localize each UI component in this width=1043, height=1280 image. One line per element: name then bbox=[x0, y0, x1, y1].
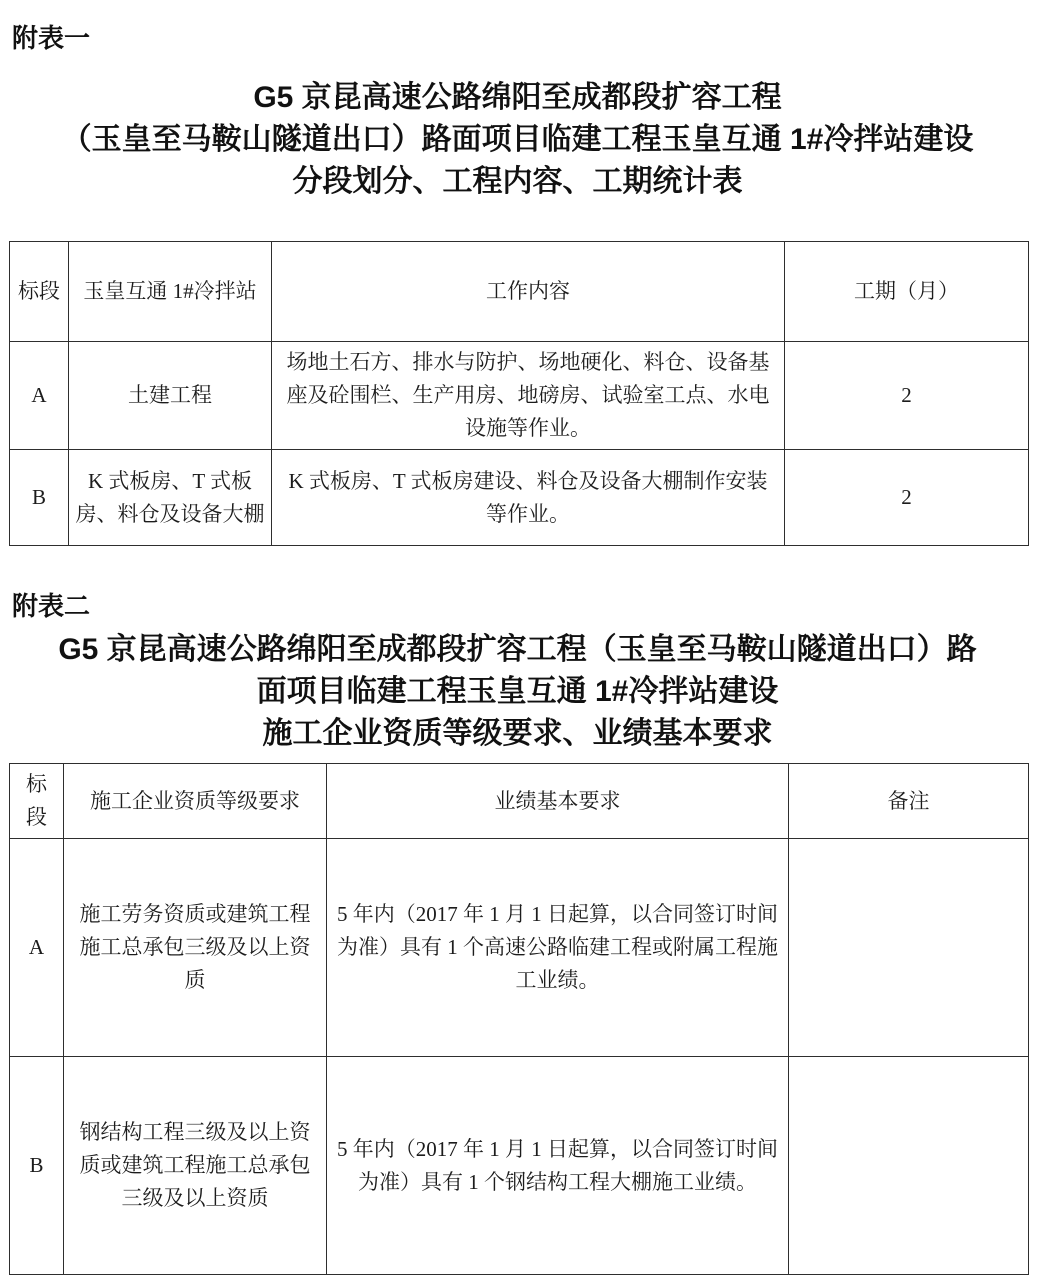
appendix2-title: G5 京昆高速公路绵阳至成都段扩容工程（玉皇至马鞍山隧道出口）路 面项目临建工程… bbox=[8, 629, 1027, 755]
appendix2-rowB-qualification: 钢结构工程三级及以上资质或建筑工程施工总承包三级及以上资质 bbox=[64, 1057, 327, 1275]
appendix2-header-section: 标段 bbox=[10, 764, 64, 839]
appendix2-rowA-qualification: 施工劳务资质或建筑工程施工总承包三级及以上资质 bbox=[64, 839, 327, 1057]
appendix1-title-line3: 分段划分、工程内容、工期统计表 bbox=[8, 161, 1027, 203]
appendix2-rowA-performance: 5 年内（2017 年 1 月 1 日起算，以合同签订时间为准）具有 1 个高速… bbox=[327, 839, 789, 1057]
appendix1-rowA-content: 场地土石方、排水与防护、场地硬化、料仓、设备基座及砼围栏、生产用房、地磅房、试验… bbox=[272, 342, 785, 450]
appendix1-rowB-duration: 2 bbox=[785, 450, 1029, 546]
appendix2-rowA-remark bbox=[789, 839, 1029, 1057]
appendix1-rowB-station: K 式板房、T 式板房、料仓及设备大棚 bbox=[69, 450, 272, 546]
appendix2-rowB-remark bbox=[789, 1057, 1029, 1275]
appendix2-title-line3: 施工企业资质等级要求、业绩基本要求 bbox=[8, 713, 1027, 755]
table-row: B 钢结构工程三级及以上资质或建筑工程施工总承包三级及以上资质 5 年内（201… bbox=[10, 1057, 1029, 1275]
appendix1-title-line2: （玉皇至马鞍山隧道出口）路面项目临建工程玉皇互通 1#冷拌站建设 bbox=[8, 119, 1027, 161]
appendix2-header-performance: 业绩基本要求 bbox=[327, 764, 789, 839]
appendix1-rowB-content: K 式板房、T 式板房建设、料仓及设备大棚制作安装等作业。 bbox=[272, 450, 785, 546]
appendix1-header-section: 标段 bbox=[10, 242, 69, 342]
appendix2-table: 标段 施工企业资质等级要求 业绩基本要求 备注 A 施工劳务资质或建筑工程施工总… bbox=[9, 763, 1029, 1275]
appendix1-rowA-section: A bbox=[10, 342, 69, 450]
appendix2-label: 附表二 bbox=[12, 586, 1027, 623]
appendix2-rowB-section: B bbox=[10, 1057, 64, 1275]
appendix1-table: 标段 玉皇互通 1#冷拌站 工作内容 工期（月） A 土建工程 场地土石方、排水… bbox=[9, 241, 1029, 546]
table-row: B K 式板房、T 式板房、料仓及设备大棚 K 式板房、T 式板房建设、料仓及设… bbox=[10, 450, 1029, 546]
appendix2-header-qualification: 施工企业资质等级要求 bbox=[64, 764, 327, 839]
appendix2-table-header-row: 标段 施工企业资质等级要求 业绩基本要求 备注 bbox=[10, 764, 1029, 839]
appendix1-rowB-section: B bbox=[10, 450, 69, 546]
appendix2-rowB-performance: 5 年内（2017 年 1 月 1 日起算，以合同签订时间为准）具有 1 个钢结… bbox=[327, 1057, 789, 1275]
appendix1-header-content: 工作内容 bbox=[272, 242, 785, 342]
document-page: 附表一 G5 京昆高速公路绵阳至成都段扩容工程 （玉皇至马鞍山隧道出口）路面项目… bbox=[0, 0, 1043, 1275]
appendix1-table-header-row: 标段 玉皇互通 1#冷拌站 工作内容 工期（月） bbox=[10, 242, 1029, 342]
appendix1-rowA-station: 土建工程 bbox=[69, 342, 272, 450]
appendix1-title-line1: G5 京昆高速公路绵阳至成都段扩容工程 bbox=[8, 77, 1027, 119]
appendix1-label: 附表一 bbox=[12, 18, 1027, 55]
appendix1-header-station: 玉皇互通 1#冷拌站 bbox=[69, 242, 272, 342]
appendix2-rowA-section: A bbox=[10, 839, 64, 1057]
appendix2-title-line2: 面项目临建工程玉皇互通 1#冷拌站建设 bbox=[8, 671, 1027, 713]
appendix1-header-duration: 工期（月） bbox=[785, 242, 1029, 342]
appendix2-title-line1: G5 京昆高速公路绵阳至成都段扩容工程（玉皇至马鞍山隧道出口）路 bbox=[8, 629, 1027, 671]
table-row: A 施工劳务资质或建筑工程施工总承包三级及以上资质 5 年内（2017 年 1 … bbox=[10, 839, 1029, 1057]
appendix1-rowA-duration: 2 bbox=[785, 342, 1029, 450]
appendix2-header-remark: 备注 bbox=[789, 764, 1029, 839]
table-row: A 土建工程 场地土石方、排水与防护、场地硬化、料仓、设备基座及砼围栏、生产用房… bbox=[10, 342, 1029, 450]
appendix1-title: G5 京昆高速公路绵阳至成都段扩容工程 （玉皇至马鞍山隧道出口）路面项目临建工程… bbox=[8, 77, 1027, 203]
